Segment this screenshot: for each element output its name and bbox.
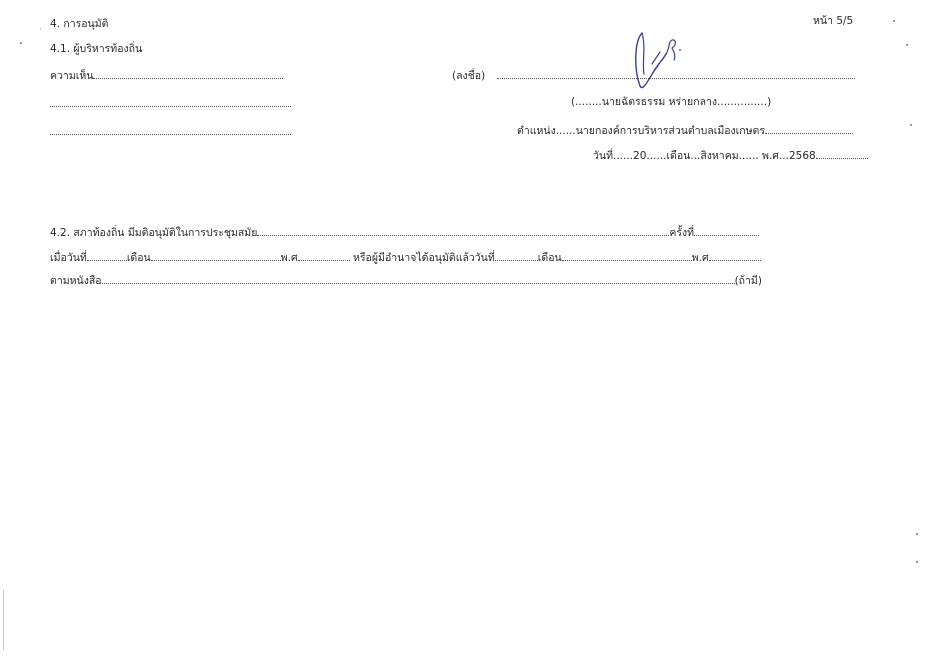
position-row: ตำแหน่ง......นายกองค์การบริหารส่วนตำบลเม… xyxy=(517,123,853,138)
scan-speck xyxy=(893,20,895,22)
alt-year-label: พ.ศ xyxy=(692,252,709,264)
page-number: หน้า 5/5 xyxy=(813,14,853,28)
signature-icon xyxy=(630,30,690,92)
scan-speck xyxy=(906,44,908,46)
letter-label: ตามหนังสือ xyxy=(50,275,102,287)
meeting-date-label: เมื่อวันที่ xyxy=(50,252,87,264)
if-any-label: (ถ้ามี) xyxy=(735,275,762,287)
scan-speck xyxy=(40,28,41,29)
signer-name[interactable]: นายฉัตรธรรม หร่ายกลาง xyxy=(602,96,717,108)
section-4-2-row-3: ตามหนังสือ(ถ้ามี) xyxy=(50,273,762,288)
opinion-label: ความเห็น xyxy=(50,70,93,82)
meeting-year-label: พ.ศ xyxy=(281,252,298,264)
date-month-value[interactable]: สิงหาคม xyxy=(700,150,738,162)
date-month-label: ......เดือน... xyxy=(646,150,700,162)
position-value[interactable]: นายกองค์การบริหารส่วนตำบลเมืองเกษตร xyxy=(576,125,765,137)
section-4-1-heading: 4.1. ผู้บริหารท้องถิ่น xyxy=(50,42,142,56)
date-row: วันที่......20......เดือน...สิงหาคม.....… xyxy=(593,148,868,163)
alt-month-label: เดือน xyxy=(538,252,562,264)
signer-name-row: (........นายฉัตรธรรม หร่ายกลาง..........… xyxy=(571,95,771,109)
scan-speck xyxy=(20,42,22,44)
session-field[interactable] xyxy=(257,225,669,236)
date-trailing-dots xyxy=(816,148,868,159)
sign-label: (ลงชื่อ) xyxy=(452,70,485,82)
scan-speck xyxy=(916,533,918,535)
opinion-field-3[interactable] xyxy=(50,124,291,135)
opinion-field-2[interactable] xyxy=(50,96,291,107)
section-4-2-row-1: 4.2. สภาท้องถิ่น มีมติอนุมัติในการประชุม… xyxy=(50,225,759,240)
section-4-2-heading: 4.2. สภาท้องถิ่น มีมติอนุมัติในการประชุม… xyxy=(50,227,257,239)
date-day-label: วันที่...... xyxy=(593,150,633,162)
opinion-row: ความเห็น xyxy=(50,68,283,83)
date-year-label: ...... พ.ศ... xyxy=(739,150,789,162)
section-4-heading: 4. การอนุมัติ xyxy=(50,17,108,31)
meeting-month-label: เดือน xyxy=(127,252,151,264)
date-day-value[interactable]: 20 xyxy=(633,150,646,162)
scan-speck xyxy=(916,561,918,563)
meeting-day-field[interactable] xyxy=(87,250,127,261)
meeting-month-field[interactable] xyxy=(151,250,281,261)
scan-speck xyxy=(910,124,912,126)
section-4-2-row-2: เมื่อวันที่เดือนพ.ศ หรือผู้มีอำนาจได้อนุ… xyxy=(50,250,761,265)
meeting-year-field[interactable] xyxy=(298,250,350,261)
alt-day-field[interactable] xyxy=(495,250,538,261)
session-no-field[interactable] xyxy=(694,225,759,236)
position-label: ตำแหน่ง...... xyxy=(517,125,576,137)
date-year-value[interactable]: 2568 xyxy=(789,150,816,162)
alt-year-field[interactable] xyxy=(709,250,761,261)
position-trailing-dots xyxy=(765,123,853,134)
scan-edge-line xyxy=(3,590,4,650)
opinion-row-3 xyxy=(50,124,291,139)
opinion-row-2 xyxy=(50,96,291,111)
session-no-label: ครั้งที่ xyxy=(669,227,694,239)
alt-month-field[interactable] xyxy=(562,250,692,261)
letter-field[interactable] xyxy=(102,273,735,284)
opinion-field-1[interactable] xyxy=(93,68,283,79)
alt-approver-label: หรือผู้มีอำนาจได้อนุมัติแล้ววันที่ xyxy=(353,252,495,264)
name-close: ...............) xyxy=(717,96,771,108)
name-open: (........ xyxy=(571,96,602,108)
